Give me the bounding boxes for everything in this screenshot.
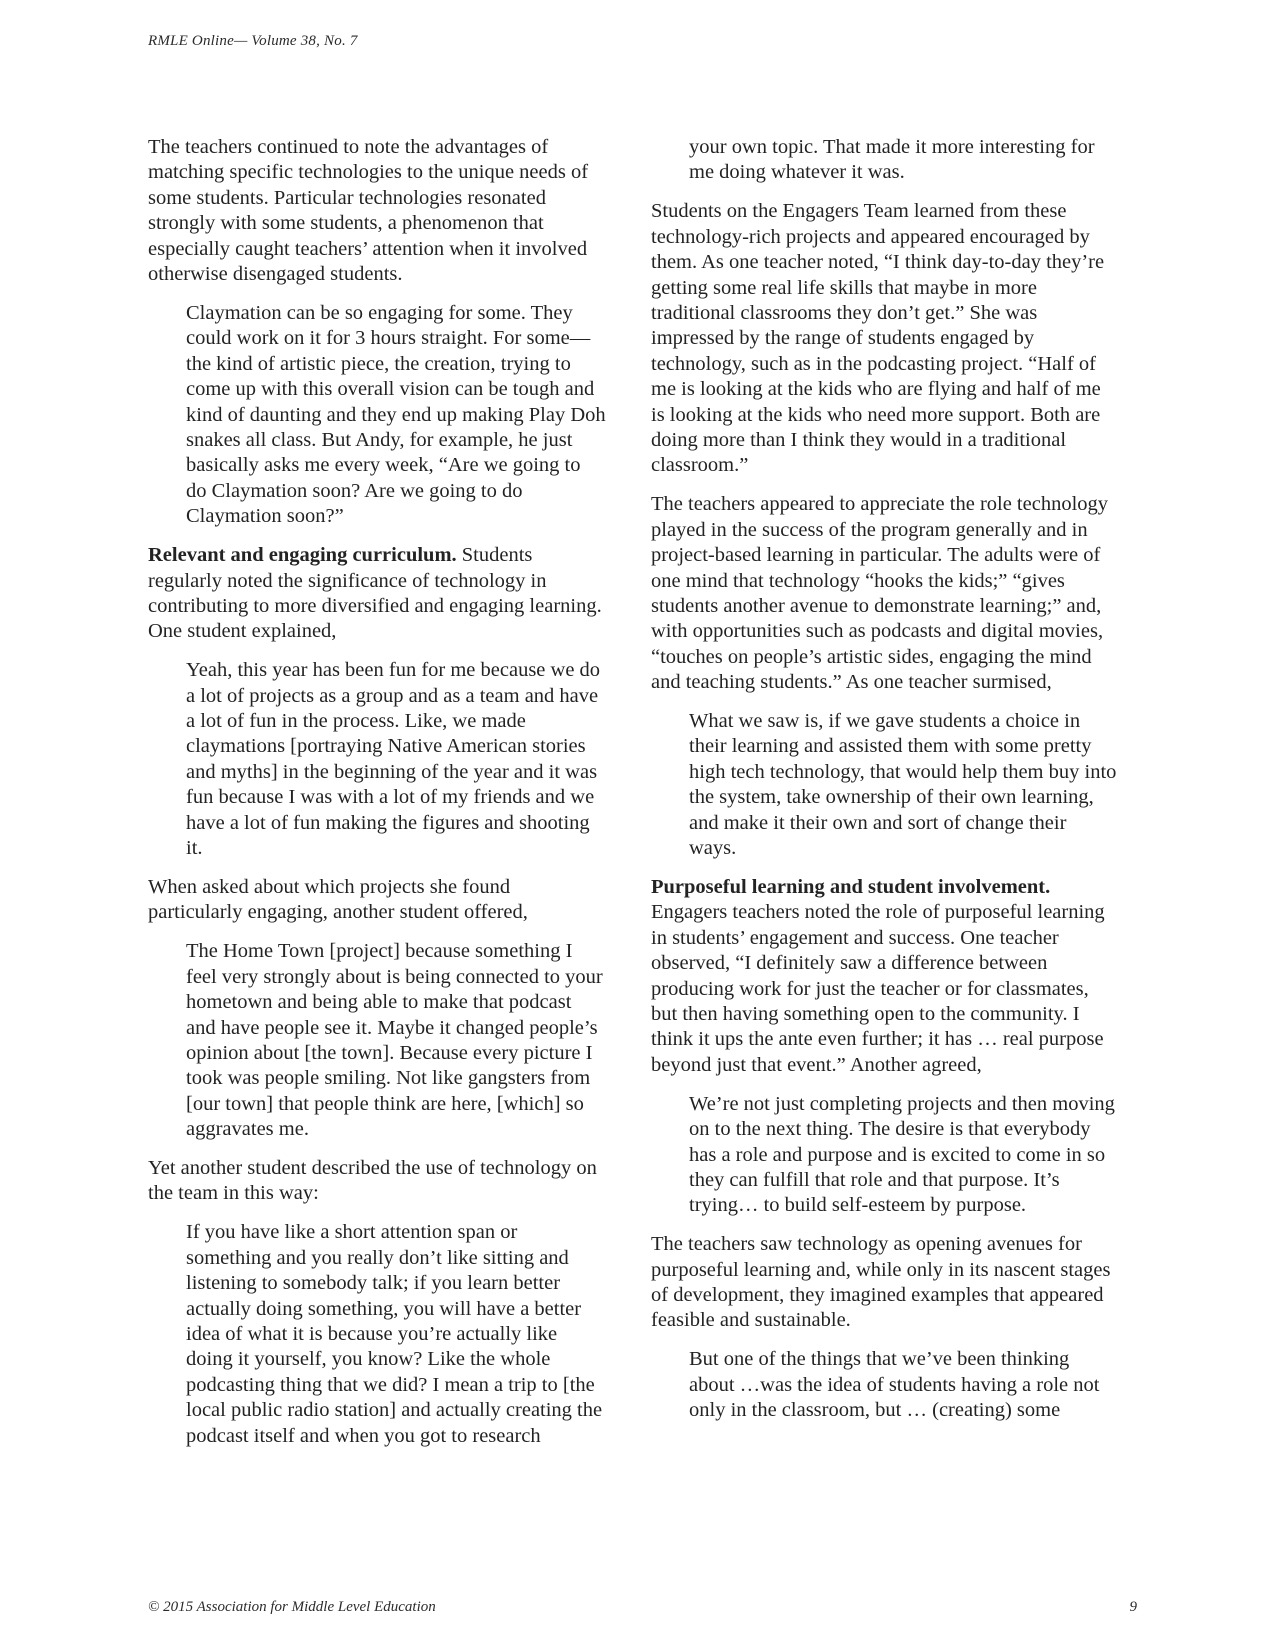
section-lead: Purposeful learning and student involvem…: [651, 876, 1050, 898]
paragraph: Yet another student described the use of…: [148, 1156, 606, 1207]
block-quote: your own topic. That made it more intere…: [651, 135, 1118, 186]
block-quote: Claymation can be so engaging for some. …: [148, 301, 606, 530]
right-column: your own topic. That made it more intere…: [651, 135, 1118, 1437]
section-text: Engagers teachers noted the role of purp…: [651, 901, 1105, 1075]
section-paragraph: Purposeful learning and student involvem…: [651, 875, 1118, 1078]
paragraph: The teachers saw technology as opening a…: [651, 1232, 1118, 1334]
footer-copyright: © 2015 Association for Middle Level Educ…: [148, 1599, 436, 1616]
section-lead: Relevant and engaging curriculum.: [148, 544, 457, 566]
section-paragraph: Relevant and engaging curriculum. Studen…: [148, 543, 606, 645]
page-number: 9: [1130, 1599, 1138, 1616]
paragraph: When asked about which projects she foun…: [148, 875, 606, 926]
block-quote: We’re not just completing projects and t…: [651, 1092, 1118, 1219]
page-footer: © 2015 Association for Middle Level Educ…: [148, 1599, 1137, 1616]
block-quote: Yeah, this year has been fun for me beca…: [148, 658, 606, 861]
block-quote: But one of the things that we’ve been th…: [651, 1347, 1118, 1423]
left-column: The teachers continued to note the advan…: [148, 135, 606, 1463]
paragraph: The teachers continued to note the advan…: [148, 135, 606, 287]
paragraph: The teachers appeared to appreciate the …: [651, 492, 1118, 695]
journal-running-head: RMLE Online— Volume 38, No. 7: [148, 33, 358, 50]
paragraph: Students on the Engagers Team learned fr…: [651, 199, 1118, 478]
block-quote: If you have like a short attention span …: [148, 1220, 606, 1449]
block-quote: The Home Town [project] because somethin…: [148, 939, 606, 1142]
block-quote: What we saw is, if we gave students a ch…: [651, 709, 1118, 861]
